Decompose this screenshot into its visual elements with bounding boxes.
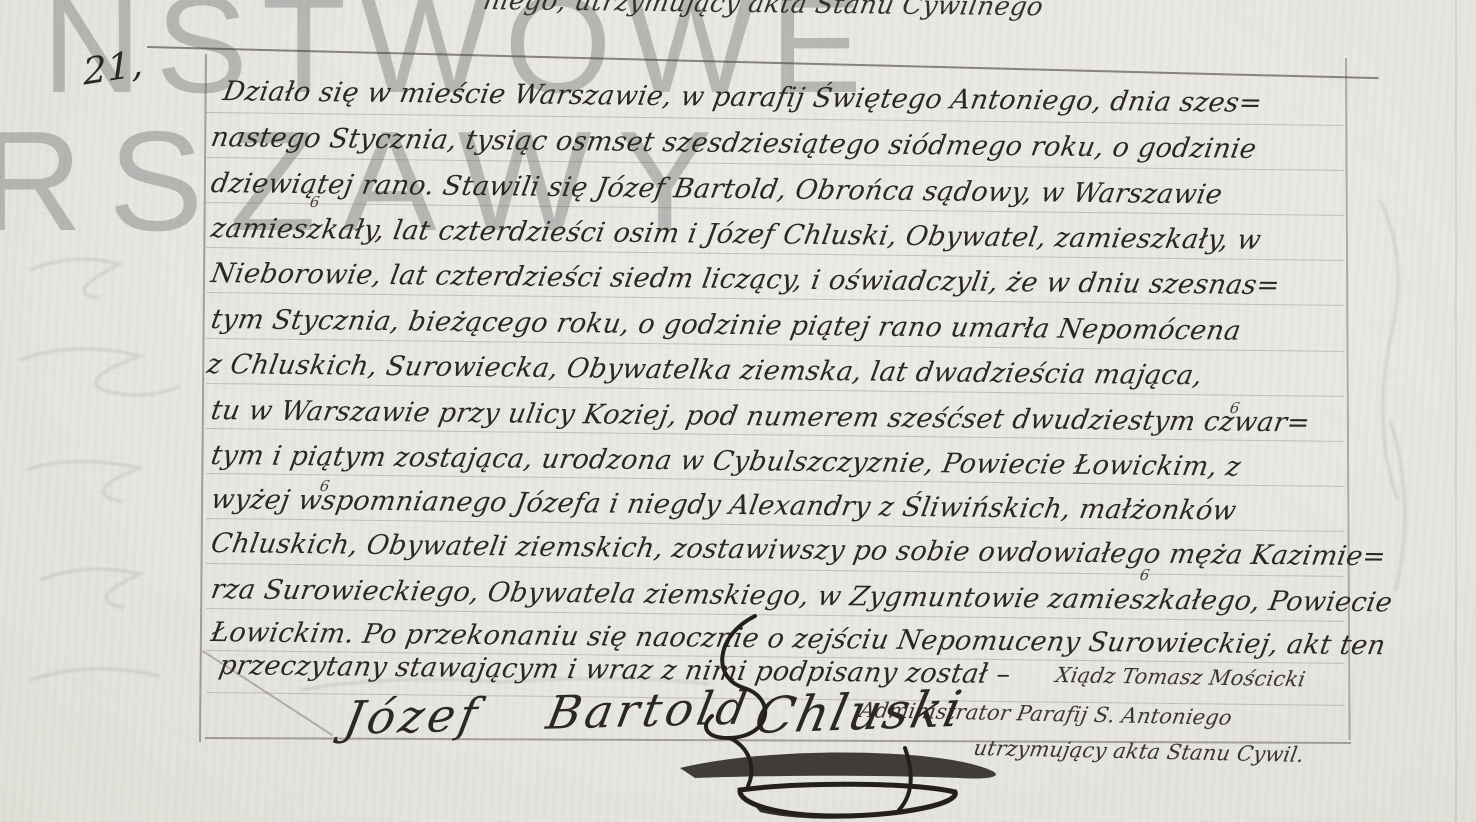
priest-name: Xiądz Tomasz Mościcki	[1054, 663, 1308, 692]
pencil-mark: 6	[309, 193, 321, 211]
page-edge-line	[1455, 0, 1457, 822]
pencil-mark: 6	[319, 477, 331, 495]
flourish-lens-upper	[680, 752, 996, 778]
pencil-mark: 6	[1229, 399, 1241, 417]
pencil-mark: 6	[1139, 566, 1151, 584]
signature-flourish	[660, 608, 1060, 822]
scanned-death-record-page: { "page": { "paper_color": "#e8e7e2", "i…	[0, 0, 1476, 822]
